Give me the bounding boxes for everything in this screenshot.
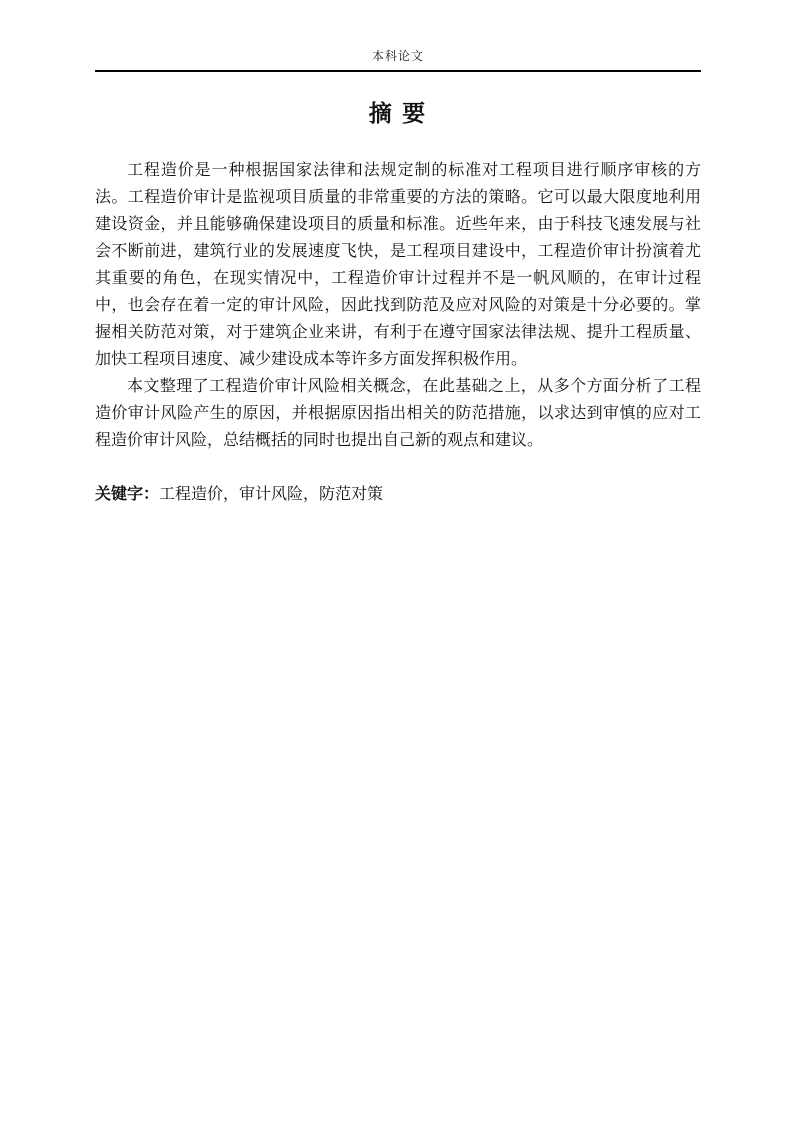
- keywords-line: 关键字：工程造价，审计风险，防范对策: [95, 481, 701, 508]
- document-page: 本科论文 摘 要 工程造价是一种根据国家法律和法规定制的标准对工程项目进行顺序审…: [0, 0, 793, 1122]
- keywords-text: 工程造价，审计风险，防范对策: [159, 486, 383, 503]
- page-content: 本科论文 摘 要 工程造价是一种根据国家法律和法规定制的标准对工程项目进行顺序审…: [95, 0, 701, 508]
- page-title: 摘 要: [95, 98, 701, 128]
- running-header: 本科论文: [95, 0, 701, 72]
- abstract-paragraph-2: 本文整理了工程造价审计风险相关概念，在此基础之上，从多个方面分析了工程造价审计风…: [95, 373, 701, 454]
- running-header-text: 本科论文: [372, 49, 424, 63]
- keywords-label: 关键字：: [95, 486, 159, 503]
- abstract-paragraph-1: 工程造价是一种根据国家法律和法规定制的标准对工程项目进行顺序审核的方法。工程造价…: [95, 157, 701, 373]
- abstract-body: 工程造价是一种根据国家法律和法规定制的标准对工程项目进行顺序审核的方法。工程造价…: [95, 157, 701, 454]
